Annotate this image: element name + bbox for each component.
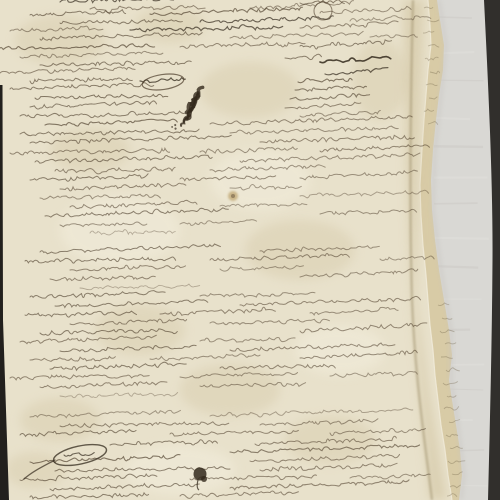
manuscript-scan-canvas xyxy=(0,0,500,500)
manuscript-scan-image xyxy=(0,0,500,500)
